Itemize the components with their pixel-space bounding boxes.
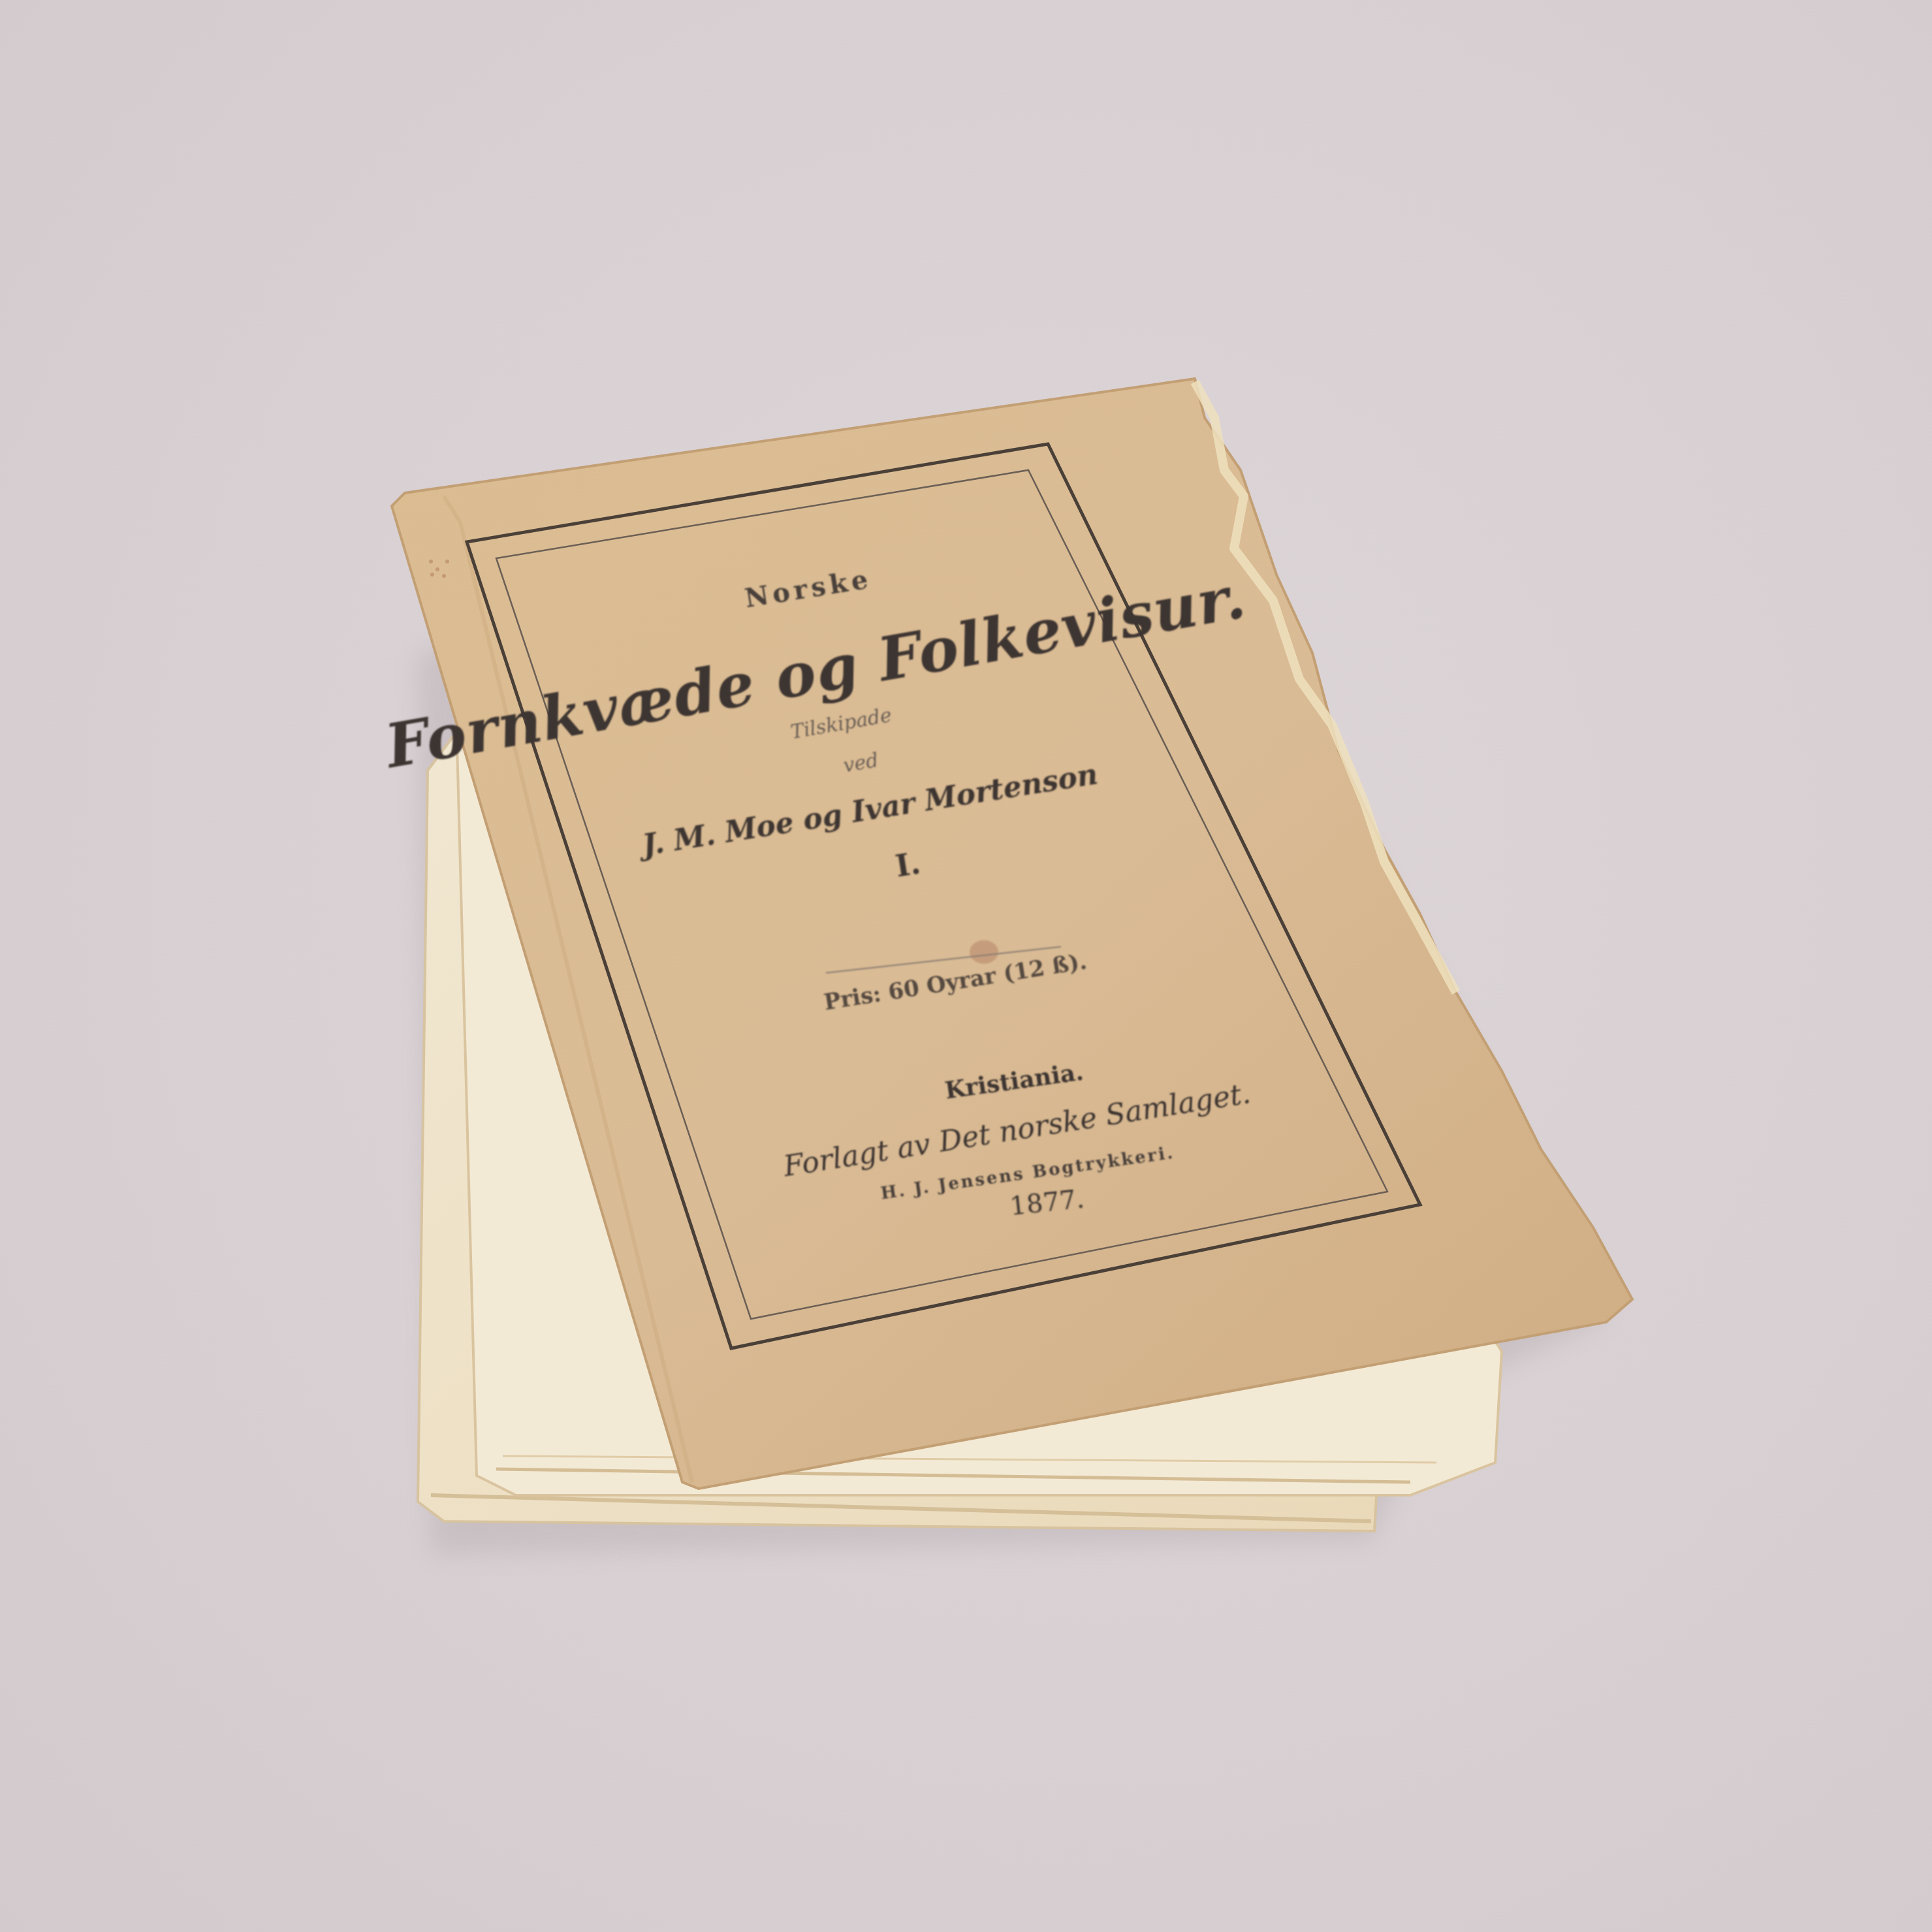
- photo-scene: Norske Fornkvæde og Folkevisur. Tilskipa…: [0, 0, 1932, 1932]
- stain: [970, 940, 998, 964]
